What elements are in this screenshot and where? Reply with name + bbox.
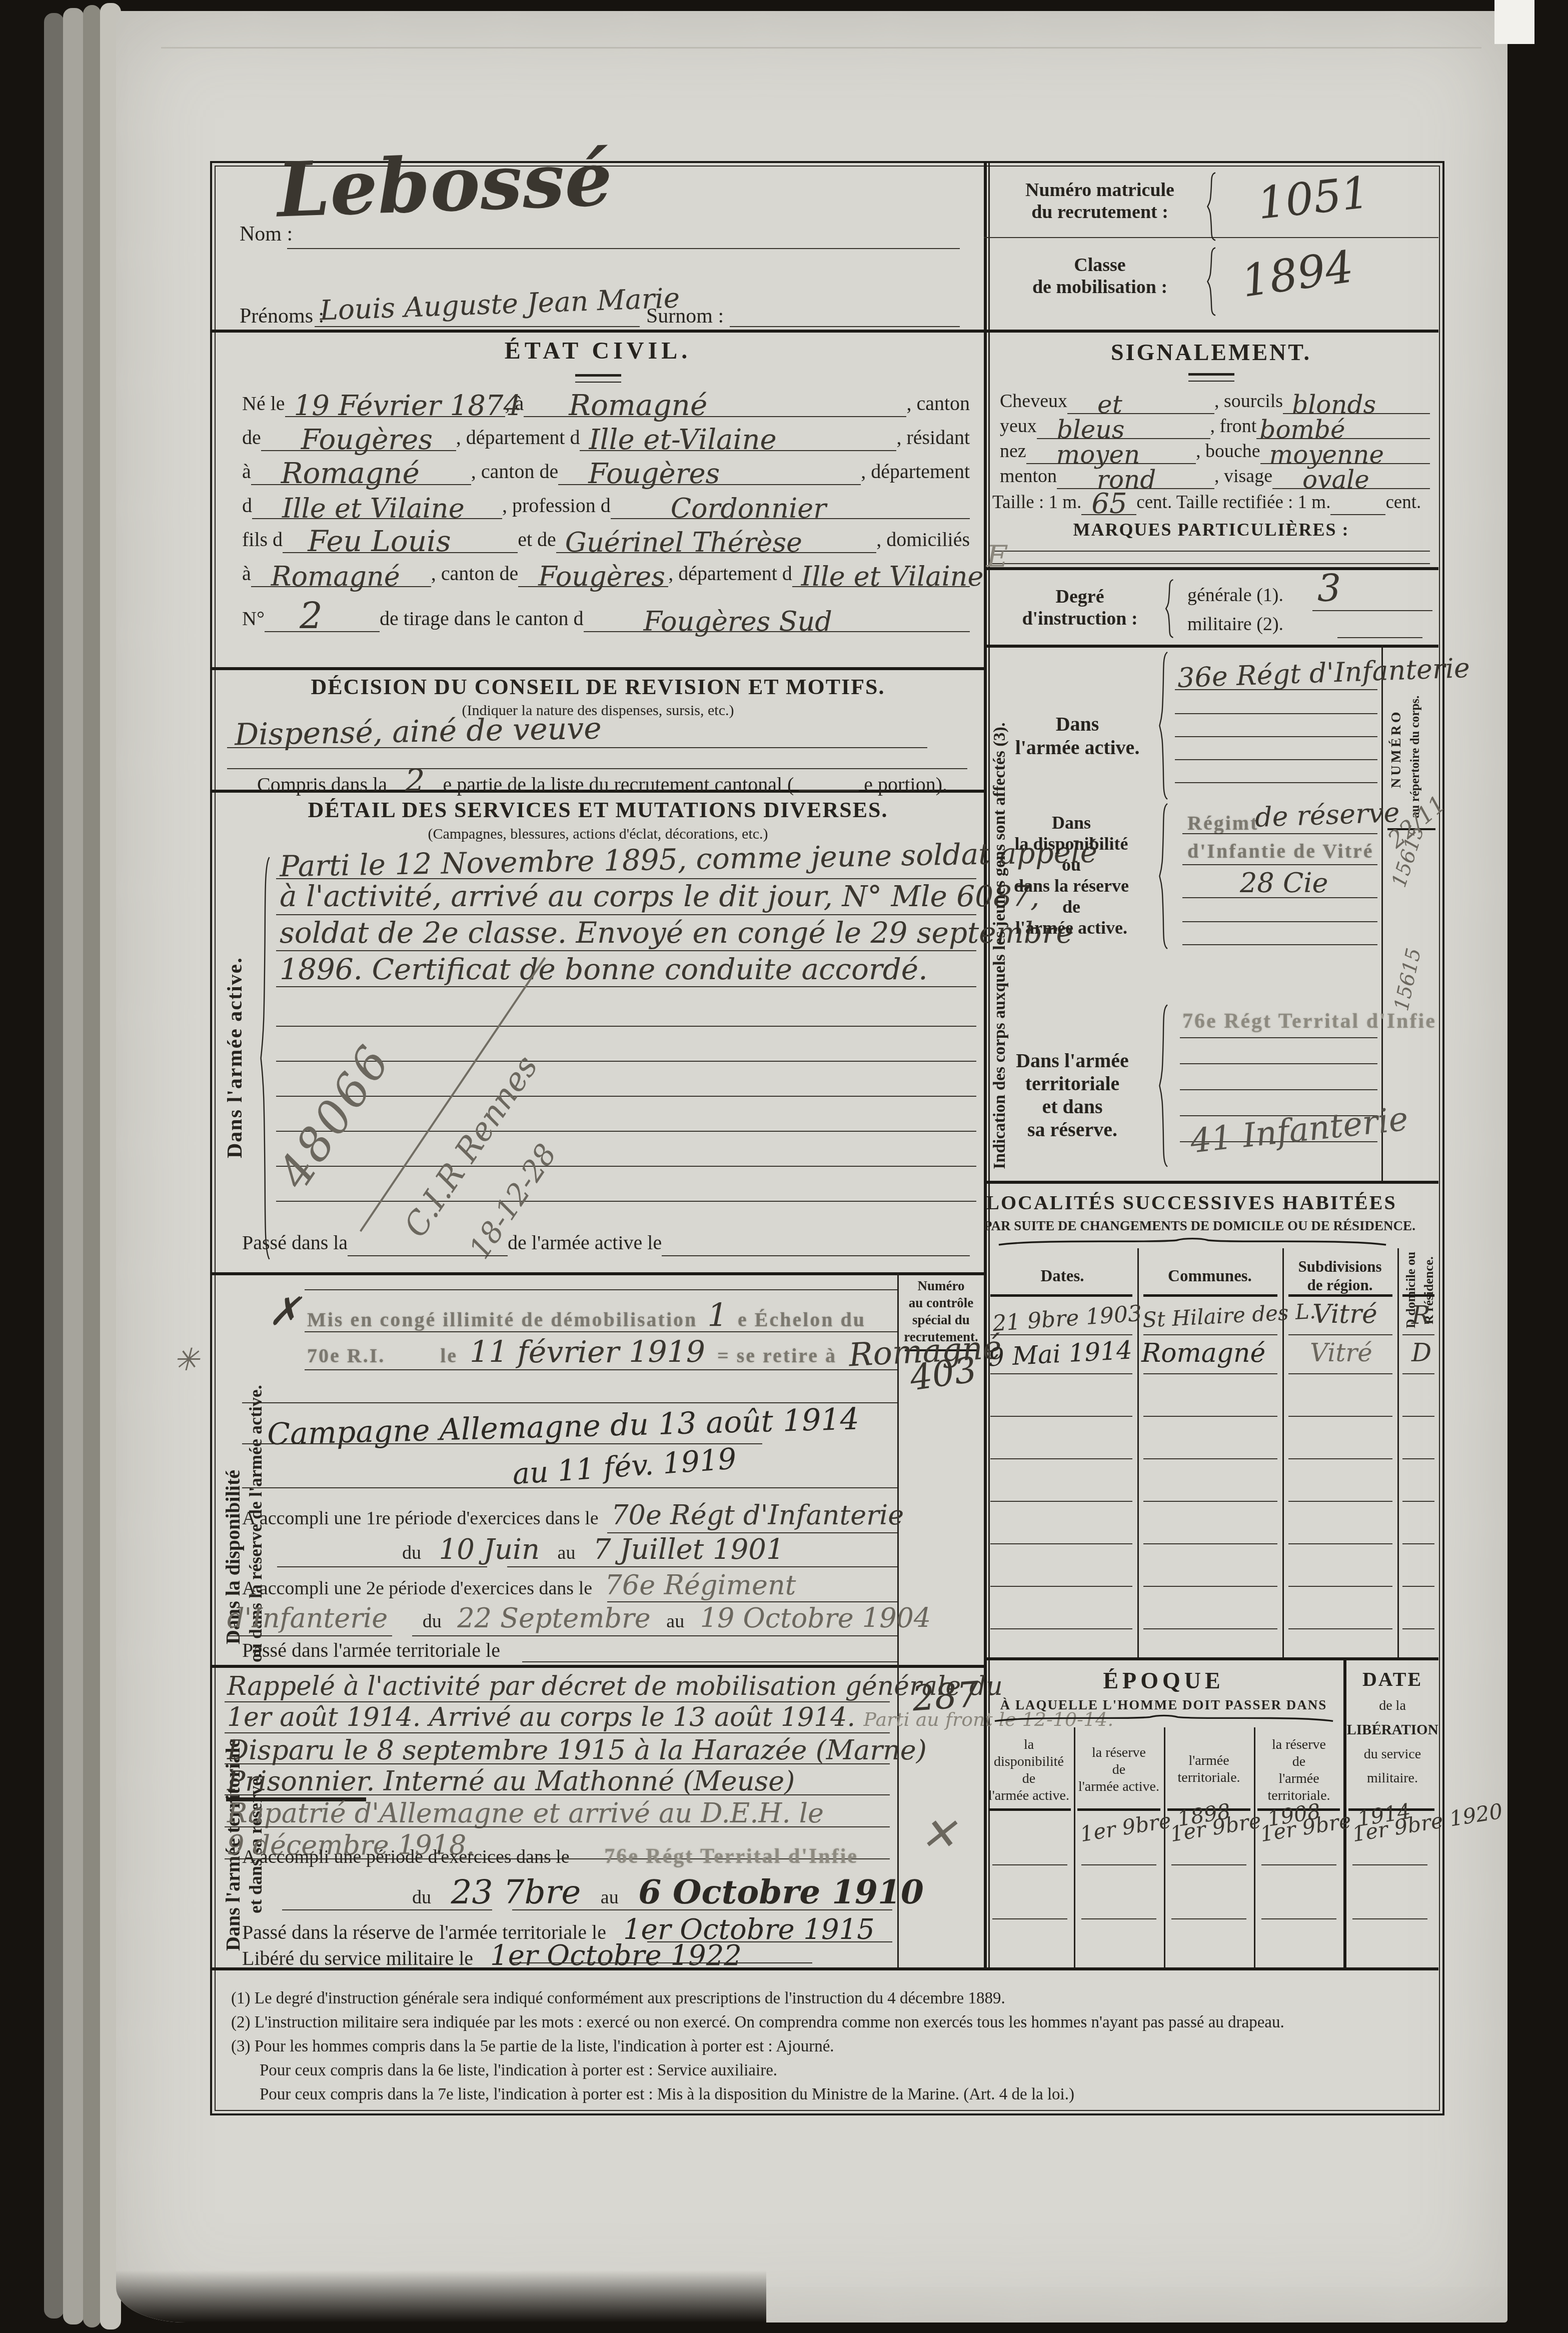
terr-line: 1er août 1914. Arrivé au corps le 13 aoû… [227,1702,1113,1732]
compris-line: Compris dans la 2 e partie de la liste d… [257,762,947,799]
etat-civil-title: ÉTAT CIVIL. [212,337,984,365]
field: et [1067,387,1214,414]
epoque-value-line [1352,1864,1427,1865]
label: fils d [242,528,283,553]
service-line: à l'activité, arrivé au corps le dit jou… [280,879,1039,913]
label: , front [1210,415,1257,439]
label: l'armée active. [988,1788,1069,1803]
label: disponibilité [994,1754,1064,1769]
terr-line: Rapatrié d'Allemagne et arrivé au D.E.H.… [227,1797,824,1829]
write-line [305,1369,897,1370]
service-line: 1896. Certificat de bonne conduite accor… [280,952,928,986]
corps-dispo-entry-2: 28 Cie [1240,867,1328,899]
epoque-value-line [1261,1918,1336,1919]
stamp-text: le [440,1344,458,1367]
controle-mark: ✕ [920,1808,957,1860]
epoque-value-line [1261,1864,1336,1865]
epoque-value-line [1171,1864,1246,1865]
label: à [242,562,251,587]
write-line [1180,1037,1377,1038]
localites-col-subdiv: Subdivisions de région. [1285,1257,1395,1294]
epoque-col2-header: la réserve de l'armée active. [1075,1744,1163,1795]
label: militaire. [1367,1770,1418,1786]
write-line [522,1661,897,1662]
field: 2 [265,601,380,632]
localites-row-line [990,1543,1132,1544]
localites-header-rule [1143,1294,1277,1297]
label: A accompli une 1re période d'exercices d… [242,1508,599,1529]
passe-active-line: Passé dans la de l'armée active le [242,1227,970,1256]
name-value: Lebossé [276,135,614,234]
signalement-row: nez moyen , bouche moyenne [1000,439,1430,464]
write-line [276,1131,976,1132]
value: Romagné [281,456,420,490]
corps-active-entry: 36e Régt d'Infanterie [1177,652,1470,694]
field: Fougères [261,421,456,451]
label: Dans l'armée [1016,1049,1129,1072]
value: Feu Louis [308,524,451,558]
write-line [507,1566,897,1567]
value: 1 [702,1297,733,1334]
write-line [276,914,976,915]
etat-civil-line: Né le 19 Février 1874 , à Romagné , cant… [242,388,970,417]
epoque-header-rule [1077,1808,1160,1811]
brace [1165,579,1176,638]
label: au contrôle [909,1295,974,1310]
label: du [423,1611,442,1632]
localites-row-line [1402,1373,1434,1374]
page-top-edge [161,47,1481,49]
value: 76e Régiment [597,1569,796,1601]
campagne-line: Campagne Allemagne du 13 août 1914 [267,1402,859,1452]
write-line [1182,864,1377,865]
margin-mark: ✳ [173,1341,199,1378]
value: Romagné [271,561,400,592]
localites-row-line [1288,1501,1392,1502]
label: N° [242,607,265,632]
localites-row-line [990,1458,1132,1459]
label: Dans [1056,713,1099,735]
label: nez [1000,440,1026,464]
localites-header-rule [1402,1294,1434,1297]
tirage-line: N° 2 de tirage dans le canton d Fougères… [242,602,970,632]
matricule-label-line1: Numéro matricule [1025,180,1174,201]
localites-row2-commune: Romagné [1141,1338,1265,1368]
localites-row-line [1402,1416,1434,1417]
epoque-title: ÉPOQUE [984,1667,1343,1694]
localites-row-line [1288,1586,1392,1587]
corps-terr-label: Dans l'armée territoriale et dans sa rés… [1000,1049,1145,1141]
label: e portion). [864,773,947,796]
stamp-regiment: Régimt [1187,811,1258,835]
diagonal-annotation: 48066 [267,1034,402,1198]
write-line [1175,713,1377,714]
field: blonds [1283,387,1430,414]
label: la réserve [1272,1737,1326,1752]
write-line [1182,921,1377,922]
field: Fougères [558,455,861,485]
localites-row-line [1288,1373,1392,1374]
localites-col-dates: Dates. [990,1267,1135,1286]
write-line [282,1909,492,1910]
label: la [1024,1737,1034,1752]
value: 10 Juin [426,1533,553,1566]
label: e partie de la liste du recrutement cant… [443,773,794,796]
write-line [1175,736,1377,737]
divider [212,667,984,670]
label: , bouche [1196,440,1260,464]
prenoms-value: Louis Auguste Jean Marie [319,282,680,326]
decision-title: DÉCISION DU CONSEIL DE REVISION ET MOTIF… [212,674,984,700]
label: du service [1364,1746,1421,1762]
label: , canton de [431,562,518,587]
localites-row-line [990,1501,1132,1502]
value: 2 [392,762,438,799]
label: Passé dans la [242,1231,348,1256]
label: Libéré du service militaire le [242,1947,473,1969]
localites-subtitle: PAR SUITE DE CHANGEMENTS DE DOMICILE OU … [984,1218,1399,1234]
label: Compris dans la [257,773,387,796]
label: cent. [1385,492,1421,515]
terr-line: Prisonnier. Interné au Mathonné (Meuse) [227,1765,795,1797]
book-page-edge [44,13,64,2318]
corps-terr-entry: 41 Infanterie [1188,1099,1410,1160]
write-line [1180,1089,1377,1090]
value: Cordonnier [671,493,826,524]
label: Dans [1052,813,1091,833]
demob-line-2: 70e R.I. le 11 février 1919 = se retire … [307,1333,1002,1370]
label: spécial du [912,1312,970,1327]
localites-header-rule [1288,1294,1392,1297]
etat-civil-line: fils d Feu Louis et de Guérinel Thérèse … [242,524,970,553]
value: Guérinel Thérèse [565,527,802,558]
label: et de [518,528,556,553]
label: , sourcils [1214,390,1283,414]
value: Romagné [569,388,707,422]
value: 1er Octobre 1922 [478,1939,742,1972]
label: , département d [668,562,792,587]
label: l'armée active. [1078,1779,1159,1794]
surnom-line [730,326,960,327]
value: Romagné [841,1329,1002,1375]
label: Taille : 1 m. [992,492,1081,515]
title-ornament [1188,373,1234,382]
write-line [276,1166,976,1167]
localites-row-line [1288,1334,1392,1335]
write-line [512,1962,812,1963]
divider [984,1181,1438,1184]
value: 19 Octobre 1904 [689,1602,931,1634]
divider [984,645,1438,648]
stamp-text: = se retire à [717,1344,837,1367]
localites-row1-date: 21 9bre 1903 [992,1301,1143,1337]
field: 19 Février 1874 [285,387,505,417]
localites-row-line [1288,1628,1392,1629]
page-corner-notch [1494,0,1534,44]
divider [984,1657,1438,1660]
etat-civil-line: de Fougères , département d Ille et-Vila… [242,422,970,451]
libere-line: Libéré du service militaire le 1er Octob… [242,1939,742,1972]
signalement-row: Cheveux et , sourcils blonds [1000,388,1430,414]
label: au [666,1611,684,1632]
label: la réserve [1092,1745,1146,1760]
value: Fougères [538,561,665,592]
brace [1158,1003,1170,1168]
prenoms-label: Prénoms : [240,304,324,328]
brace [1158,802,1170,950]
label: A accompli une période d'exercices dans … [242,1846,570,1867]
matricule-value: 1051 [1255,167,1371,230]
periode-2-dates: d'Infanterie du 22 Septembre au 19 Octob… [227,1602,931,1634]
field: Guérinel Thérèse [556,523,877,553]
localites-row-line [990,1373,1132,1374]
epoque-col3-header: l'armée territoriale. [1165,1752,1253,1786]
label: , canton de [471,460,558,485]
marques-label: MARQUES PARTICULIÈRES : [984,519,1438,540]
classe-label-line2: de mobilisation : [1032,277,1167,298]
label: territoriale. [1267,1788,1330,1803]
localites-row-line [1288,1416,1392,1417]
footnote-4: Pour ceux compris dans la 6e liste, l'in… [260,2061,777,2080]
footnote-2: (2) L'instruction militaire sera indiqué… [231,2013,1284,2032]
epoque-value-line [992,1864,1067,1865]
value: Ille et Vilaine [282,493,465,524]
classe-label-line1: Classe [1074,255,1125,276]
label: et dans [1042,1095,1102,1118]
localites-title: LOCALITÉS SUCCESSIVES HABITÉES [984,1191,1399,1214]
repertoire-header: NUMÉRO [1388,709,1404,788]
write-line [992,551,1430,552]
write-line [1312,610,1432,611]
localites-row1-dr: R [1411,1301,1430,1330]
localites-col-communes: Communes. [1140,1267,1280,1286]
localites-row-line [1143,1334,1277,1335]
passe-territoriale-label: Passé dans l'armée territoriale le [242,1638,500,1662]
localites-row-line [1143,1458,1277,1459]
instruction-militaire: militaire (2). [1187,613,1283,635]
corps-dispo-entry: de réserve [1254,797,1400,833]
field: bleus [1037,413,1210,439]
decision-value: Dispensé, ainé de veuve [234,711,602,753]
field: Fougères [518,557,668,587]
label: de la [1379,1698,1406,1713]
localites-row-line [1143,1416,1277,1417]
field: Romagné [251,455,471,485]
label: l'armée [1188,1753,1229,1768]
write-line [276,950,976,951]
label: yeux [1000,415,1037,439]
value: Ille et-Vilaine [589,424,776,456]
label: du [402,1542,421,1563]
corps-dispo-label: Dans la disponibilité ou dans la réserve… [1004,812,1139,938]
localites-row-line [1143,1373,1277,1374]
side-label-armee-active: Dans l'armée active. [223,957,247,1158]
value: 11 février 1919 [463,1335,712,1370]
write-line [276,1096,976,1097]
label: cent. Taille rectifiée : 1 m. [1136,492,1330,515]
write-line [1175,689,1377,690]
corps-active-label: Dans l'armée active. [1007,712,1147,759]
value: 1er août 1914. Arrivé au corps le 13 aoû… [227,1702,855,1732]
value: 7 Juillet 1901 [580,1533,784,1566]
label: dans la réserve [1014,876,1129,896]
write-line [1175,782,1377,783]
write-line [242,1443,762,1444]
value: d'Infanterie [227,1602,418,1634]
epoque-value-line [1081,1864,1156,1865]
localites-row-line [1143,1628,1277,1629]
label: , département d [456,426,580,451]
stamp-text: e Échelon du [738,1308,866,1331]
localites-col-divider [1397,1248,1399,1657]
service-line: soldat de 2e classe. Envoyé en congé le … [280,916,1073,950]
localites-row2-dr: D [1411,1338,1431,1367]
epoque-value-line [1171,1918,1246,1919]
label: , département [861,460,970,485]
signalement-row: menton rond , visage ovale [1000,464,1430,489]
label: Cheveux [1000,390,1067,414]
write-line [412,1635,897,1636]
field [348,1226,508,1256]
divider [212,330,1438,333]
localites-row-line [1143,1543,1277,1544]
stamp-territorial: 76e Régt Territal d'Infie [1182,1009,1436,1033]
prenoms-line [315,326,640,327]
field: Feu Louis [283,523,518,553]
label: la disponibilité [1014,834,1128,854]
brace [1206,247,1218,316]
write-line [512,1909,892,1910]
localites-row-line [990,1586,1132,1587]
stamp-text: 76e Régt Territal d'Infie [574,1845,858,1868]
label: l'armée active. [1015,918,1127,938]
stamp-regiment-2: d'Infantie de Vitré [1187,839,1374,863]
brace [1206,172,1218,241]
label: Numéro [918,1278,965,1293]
field: Ille et-Vilaine [580,421,896,451]
label: Degré [1055,586,1104,607]
value: Ille et Vilaine [801,561,984,592]
label: , domiciliés [876,528,970,553]
label: Né le [242,392,285,417]
epoque-col4-header: la réserve de l'armée territoriale. [1255,1736,1343,1804]
field: moyen [1026,438,1196,464]
write-line [277,1566,487,1567]
label: , canton [906,392,970,417]
epoque-header-rule [988,1808,1071,1811]
nom-line [287,248,960,249]
detail-title: DÉTAIL DES SERVICES ET MUTATIONS DIVERSE… [212,797,984,823]
surnom-label: Surnom : [646,304,724,328]
label: DATE [1362,1668,1422,1690]
localites-row-line [1288,1543,1392,1544]
localites-row-line [990,1416,1132,1417]
book-page-edge [83,5,101,2327]
write-line [1182,833,1377,834]
label: territoriale. [1177,1770,1240,1785]
label: de tirage dans le canton d [380,607,584,632]
signalement-row: yeux bleus , front bombé [1000,414,1430,439]
localites-row-line [1402,1501,1434,1502]
label: l'armée [1278,1771,1319,1786]
field: Ille et Vilaine [792,557,970,587]
label: territoriale [1025,1072,1120,1095]
localites-row-line [1402,1586,1434,1587]
instruction-label: Degré d'instruction : [1005,586,1155,630]
label: de [1112,1762,1125,1777]
classe-label: Classe de mobilisation : [1005,254,1195,298]
label: de [242,426,261,451]
matricule-label: Numéro matricule du recrutement : [1005,179,1195,223]
label: LIBÉRATION [1346,1722,1438,1738]
label: ou [1062,855,1081,875]
form-frame: Lebossé Nom : Prénoms : Louis Auguste Je… [210,161,1444,2115]
localites-row-line [990,1334,1132,1335]
footnote-3: (3) Pour les hommes compris dans la 5e p… [231,2037,834,2056]
write-line [1182,944,1377,945]
write-line [225,1794,890,1795]
write-line [305,1331,897,1332]
label: , visage [1214,465,1272,489]
classe-value: 1894 [1238,241,1356,307]
localites-row-line [1402,1628,1434,1629]
write-line [225,1732,890,1733]
write-line [227,1635,392,1636]
field: Romagné [251,557,431,587]
label: du [412,1887,431,1908]
field: bombé [1256,413,1430,439]
write-line [1175,759,1377,760]
localites-row-line [1402,1334,1434,1335]
periode-3-dates: du 23 7bre au 6 Octobre 1910 [412,1872,924,1911]
epoque-subtitle: À LAQUELLE L'HOMME DOIT PASSER DANS [984,1697,1343,1713]
localites-row-line [1402,1543,1434,1544]
label: de région. [1307,1276,1373,1294]
value: Fougères [301,424,433,456]
localites-row-line [1402,1458,1434,1459]
label: de [1292,1754,1305,1769]
divider [212,1665,984,1668]
write-line [225,1763,890,1764]
repertoire-divider [1381,645,1383,1181]
write-line [276,986,976,987]
book-page-edge [63,8,84,2324]
page-bottom-shadow [116,2270,766,2322]
localites-row1-commune: St Hilaire des L. [1142,1299,1316,1332]
write-line [992,563,1430,564]
instruction-generale: générale (1). [1187,584,1283,606]
campagne-line-2: au 11 fév. 1919 [511,1441,737,1491]
footnote-1: (1) Le degré d'instruction générale sera… [231,1989,1005,2008]
periode-1-line: A accompli une 1re période d'exercices d… [242,1499,904,1531]
stamp-text: 70e R.I. [307,1344,385,1367]
divider [212,1272,984,1275]
terr-line: Rappelé à l'activité par décret de mobil… [227,1671,1003,1701]
value: 6 Octobre 1910 [623,1872,924,1911]
ornament-brace [995,1237,1390,1246]
etat-civil-line: à Romagné , canton de Fougères , départe… [242,558,970,587]
periode-1-dates: du 10 Juin au 7 Juillet 1901 [402,1533,784,1566]
repertoire-number: 15615 [1390,946,1425,1013]
field: Romagné [524,387,906,417]
brace [1158,651,1170,801]
label: au [558,1542,576,1563]
value: 23 7bre [436,1873,596,1911]
epoque-value-line [1352,1918,1427,1919]
field [1330,488,1385,515]
periode-2-line: A accompli une 2e période d'exercices da… [242,1569,796,1601]
label: de l'armée active le [508,1231,662,1256]
